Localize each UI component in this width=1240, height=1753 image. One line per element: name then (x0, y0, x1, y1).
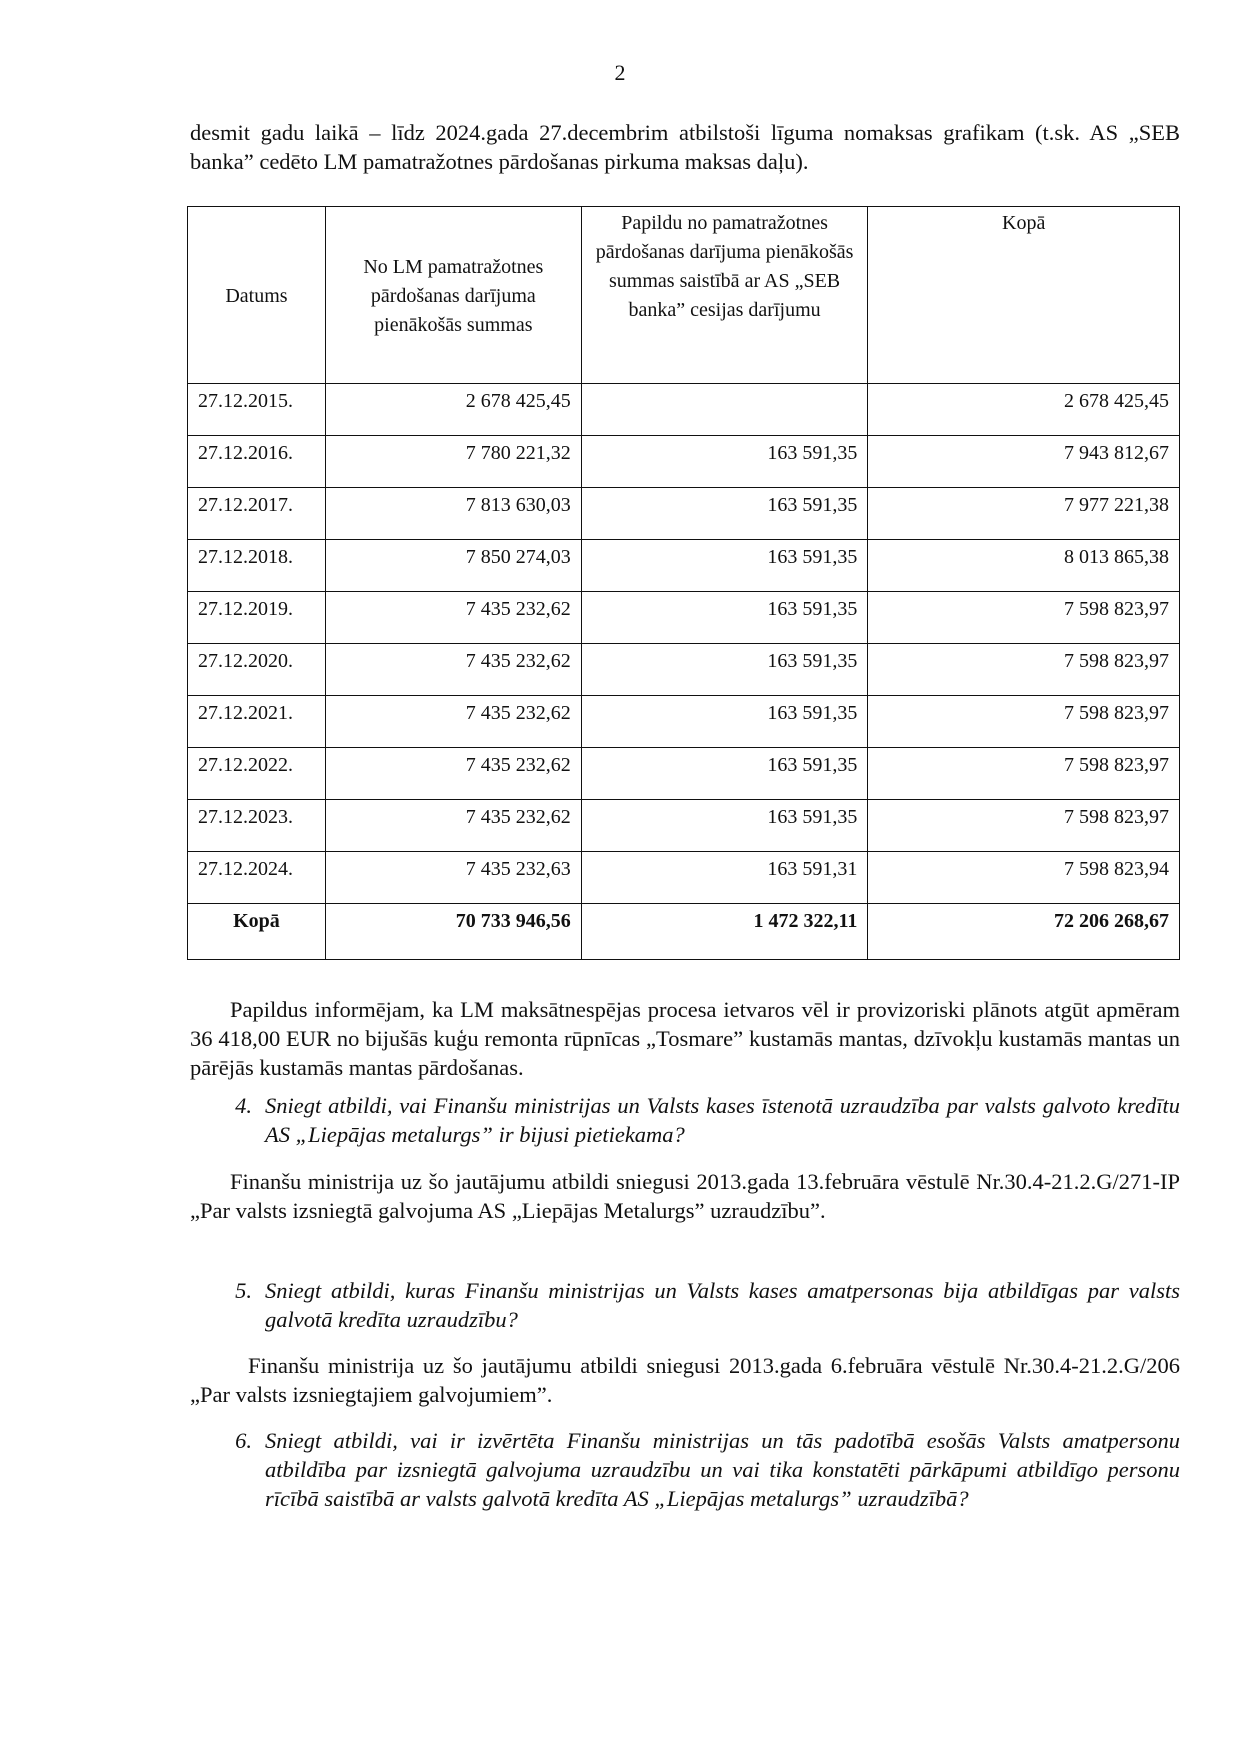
header-date: Datums (188, 207, 326, 384)
cell-date: 27.12.2023. (188, 800, 326, 852)
cell-seb-cession: 163 591,35 (581, 436, 868, 488)
cell-date: 27.12.2017. (188, 488, 326, 540)
question-4: 4. Sniegt atbildi, vai Finanšu ministrij… (190, 1091, 1180, 1149)
table-row: 27.12.2016.7 780 221,32163 591,357 943 8… (188, 436, 1180, 488)
cell-total: 7 943 812,67 (868, 436, 1180, 488)
cell-seb-cession: 163 591,35 (581, 488, 868, 540)
cell-date: 27.12.2019. (188, 592, 326, 644)
table-row: 27.12.2018.7 850 274,03163 591,358 013 8… (188, 540, 1180, 592)
question-text: Sniegt atbildi, vai Finanšu ministrijas … (265, 1091, 1180, 1149)
cell-seb-cession: 1 472 322,11 (581, 904, 868, 960)
cell-total: 7 598 823,97 (868, 592, 1180, 644)
cell-date: 27.12.2021. (188, 696, 326, 748)
cell-lm-sale: 7 435 232,62 (325, 748, 581, 800)
cell-total: 7 598 823,97 (868, 748, 1180, 800)
table-row: 27.12.2021.7 435 232,62163 591,357 598 8… (188, 696, 1180, 748)
cell-date: Kopā (188, 904, 326, 960)
table-row: 27.12.2024.7 435 232,63163 591,317 598 8… (188, 852, 1180, 904)
cell-date: 27.12.2016. (188, 436, 326, 488)
cell-seb-cession: 163 591,35 (581, 644, 868, 696)
cell-seb-cession: 163 591,35 (581, 800, 868, 852)
cell-lm-sale: 2 678 425,45 (325, 384, 581, 436)
cell-date: 27.12.2024. (188, 852, 326, 904)
intro-paragraph: desmit gadu laikā – līdz 2024.gada 27.de… (190, 118, 1180, 176)
cell-total: 7 598 823,97 (868, 696, 1180, 748)
cell-lm-sale: 7 813 630,03 (325, 488, 581, 540)
cell-lm-sale: 7 435 232,62 (325, 696, 581, 748)
table-row: 27.12.2020.7 435 232,62163 591,357 598 8… (188, 644, 1180, 696)
cell-total: 8 013 865,38 (868, 540, 1180, 592)
cell-total: 2 678 425,45 (868, 384, 1180, 436)
cell-lm-sale: 7 850 274,03 (325, 540, 581, 592)
page-number: 2 (0, 60, 1240, 86)
header-lm-sale: No LM pamatražotnes pārdošanas darījuma … (325, 207, 581, 384)
cell-total: 7 598 823,97 (868, 800, 1180, 852)
question-5: 5. Sniegt atbildi, kuras Finanšu ministr… (190, 1276, 1180, 1334)
answer-5: Finanšu ministrija uz šo jautājumu atbil… (190, 1351, 1180, 1409)
cell-lm-sale: 7 435 232,62 (325, 800, 581, 852)
cell-date: 27.12.2018. (188, 540, 326, 592)
cell-seb-cession: 163 591,31 (581, 852, 868, 904)
question-number: 5. (212, 1276, 252, 1305)
cell-lm-sale: 7 435 232,62 (325, 644, 581, 696)
table-total-row: Kopā70 733 946,561 472 322,1172 206 268,… (188, 904, 1180, 960)
cell-lm-sale: 7 435 232,62 (325, 592, 581, 644)
question-6: 6. Sniegt atbildi, vai ir izvērtēta Fina… (190, 1426, 1180, 1513)
table-row: 27.12.2022.7 435 232,62163 591,357 598 8… (188, 748, 1180, 800)
cell-date: 27.12.2015. (188, 384, 326, 436)
cell-seb-cession (581, 384, 868, 436)
table-header-row: Datums No LM pamatražotnes pārdošanas da… (188, 207, 1180, 384)
cell-total: 7 598 823,97 (868, 644, 1180, 696)
table-row: 27.12.2023.7 435 232,62163 591,357 598 8… (188, 800, 1180, 852)
payment-schedule-table: Datums No LM pamatražotnes pārdošanas da… (187, 206, 1180, 960)
cell-seb-cession: 163 591,35 (581, 696, 868, 748)
cell-lm-sale: 7 780 221,32 (325, 436, 581, 488)
table-row: 27.12.2017.7 813 630,03163 591,357 977 2… (188, 488, 1180, 540)
cell-date: 27.12.2022. (188, 748, 326, 800)
question-number: 6. (212, 1426, 252, 1455)
cell-lm-sale: 7 435 232,63 (325, 852, 581, 904)
header-seb-cession: Papildu no pamatražotnes pārdošanas darī… (581, 207, 868, 384)
cell-seb-cession: 163 591,35 (581, 592, 868, 644)
cell-total: 7 598 823,94 (868, 852, 1180, 904)
answer-4: Finanšu ministrija uz šo jautājumu atbil… (190, 1167, 1180, 1225)
table-row: 27.12.2019.7 435 232,62163 591,357 598 8… (188, 592, 1180, 644)
cell-total: 7 977 221,38 (868, 488, 1180, 540)
question-number: 4. (212, 1091, 252, 1120)
cell-lm-sale: 70 733 946,56 (325, 904, 581, 960)
cell-total: 72 206 268,67 (868, 904, 1180, 960)
cell-seb-cession: 163 591,35 (581, 540, 868, 592)
additional-info-paragraph: Papildus informējam, ka LM maksātnespēja… (190, 995, 1180, 1082)
cell-seb-cession: 163 591,35 (581, 748, 868, 800)
cell-date: 27.12.2020. (188, 644, 326, 696)
question-text: Sniegt atbildi, kuras Finanšu ministrija… (265, 1276, 1180, 1334)
question-text: Sniegt atbildi, vai ir izvērtēta Finanšu… (265, 1426, 1180, 1513)
table-row: 27.12.2015.2 678 425,452 678 425,45 (188, 384, 1180, 436)
header-total: Kopā (868, 207, 1180, 384)
